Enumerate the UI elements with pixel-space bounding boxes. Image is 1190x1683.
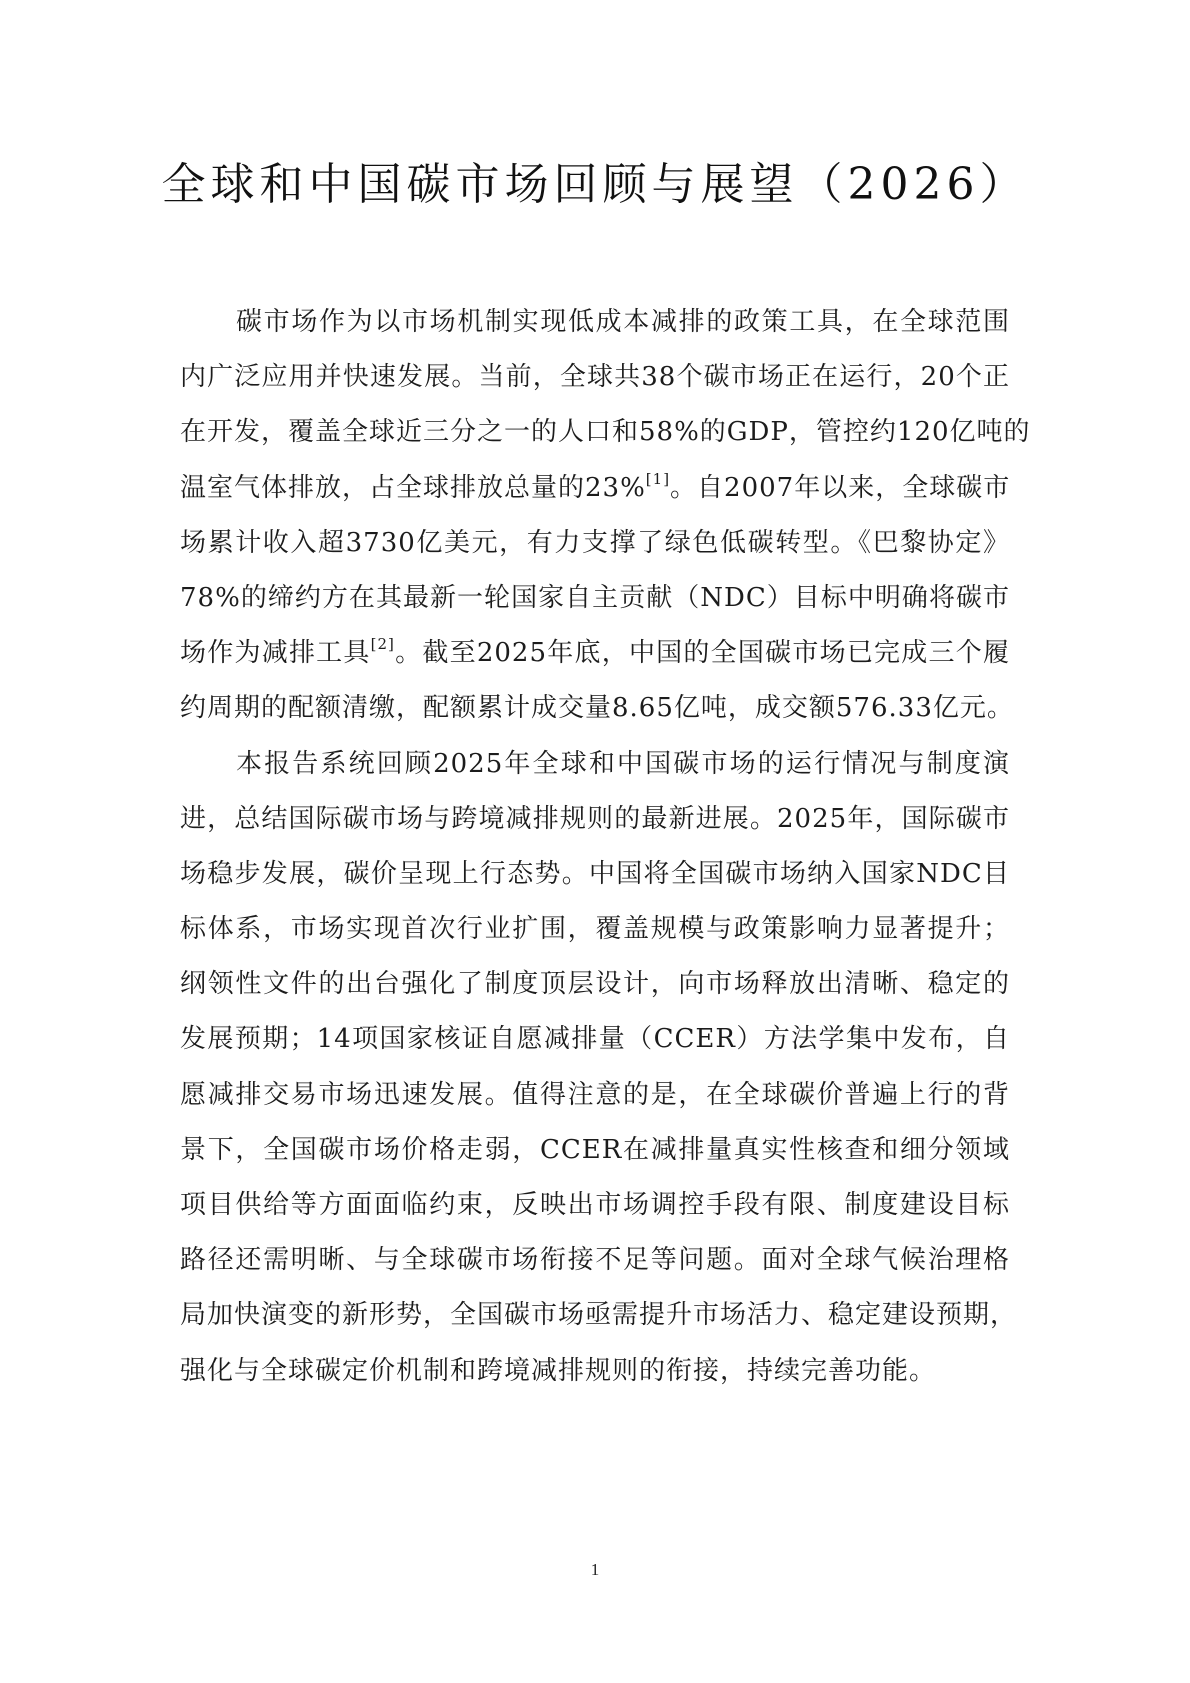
line-text: 景下，全国碳市场价格走弱，CCER在减排量真实性核查和细分领域 bbox=[180, 1135, 1010, 1165]
document-body: 碳市场作为以市场机制实现低成本减排的政策工具，在全球范围 内广泛应用并快速发展。… bbox=[180, 295, 1010, 1399]
text-line: 强化与全球碳定价机制和跨境减排规则的衔接，持续完善功能。 bbox=[180, 1344, 1010, 1399]
text-line: 本报告系统回顾2025年全球和中国碳市场的运行情况与制度演 bbox=[180, 737, 1010, 792]
line-text: 本报告系统回顾2025年全球和中国碳市场的运行情况与制度演 bbox=[236, 749, 1010, 779]
line-text: 强化与全球碳定价机制和跨境减排规则的衔接，持续完善功能。 bbox=[180, 1356, 936, 1386]
line-text: 在开发，覆盖全球近三分之一的人口和58%的GDP，管控约120亿吨的 bbox=[180, 417, 1031, 447]
text-line: 景下，全国碳市场价格走弱，CCER在减排量真实性核查和细分领域 bbox=[180, 1123, 1010, 1178]
line-text: 纲领性文件的出台强化了制度顶层设计，向市场释放出清晰、稳定的 bbox=[180, 969, 1010, 999]
text-line: 局加快演变的新形势，全国碳市场亟需提升市场活力、稳定建设预期， bbox=[180, 1288, 1010, 1343]
text-line: 78%的缔约方在其最新一轮国家自主贡献（NDC）目标中明确将碳市 bbox=[180, 571, 1010, 626]
page-number: 1 bbox=[0, 1558, 1190, 1582]
text-line: 碳市场作为以市场机制实现低成本减排的政策工具，在全球范围 bbox=[180, 295, 1010, 350]
line-text: 标体系，市场实现首次行业扩围，覆盖规模与政策影响力显著提升； bbox=[180, 914, 1010, 944]
line-text: 碳市场作为以市场机制实现低成本减排的政策工具，在全球范围 bbox=[236, 307, 1010, 337]
line-text: 发展预期；14项国家核证自愿减排量（CCER）方法学集中发布，自 bbox=[180, 1024, 1010, 1054]
text-line: 场稳步发展，碳价呈现上行态势。中国将全国碳市场纳入国家NDC目 bbox=[180, 847, 1010, 902]
line-text: 场稳步发展，碳价呈现上行态势。中国将全国碳市场纳入国家NDC目 bbox=[180, 859, 1010, 889]
paragraph-2: 本报告系统回顾2025年全球和中国碳市场的运行情况与制度演 进，总结国际碳市场与… bbox=[180, 737, 1010, 1399]
text-line: 进，总结国际碳市场与跨境减排规则的最新进展。2025年，国际碳市 bbox=[180, 792, 1010, 847]
line-text: 。自2007年以来，全球碳市 bbox=[670, 473, 1010, 503]
line-text: 场累计收入超3730亿美元，有力支撑了绿色低碳转型。《巴黎协定》 bbox=[180, 528, 1010, 558]
text-line: 内广泛应用并快速发展。当前，全球共38个碳市场正在运行，20个正 bbox=[180, 350, 1010, 405]
text-line: 发展预期；14项国家核证自愿减排量（CCER）方法学集中发布，自 bbox=[180, 1012, 1010, 1067]
line-text: 约周期的配额清缴，配额累计成交量8.65亿吨，成交额576.33亿元。 bbox=[180, 693, 1014, 723]
line-text: 项目供给等方面面临约束，反映出市场调控手段有限、制度建设目标 bbox=[180, 1190, 1010, 1220]
text-line: 愿减排交易市场迅速发展。值得注意的是，在全球碳价普遍上行的背 bbox=[180, 1068, 1010, 1123]
line-text: 场作为减排工具 bbox=[180, 638, 371, 668]
document-title: 全球和中国碳市场回顾与展望（2026） bbox=[0, 150, 1190, 220]
line-text: 78%的缔约方在其最新一轮国家自主贡献（NDC）目标中明确将碳市 bbox=[180, 583, 1010, 613]
text-line: 项目供给等方面面临约束，反映出市场调控手段有限、制度建设目标 bbox=[180, 1178, 1010, 1233]
text-line: 场累计收入超3730亿美元，有力支撑了绿色低碳转型。《巴黎协定》 bbox=[180, 516, 1010, 571]
line-text: 温室气体排放，占全球排放总量的23% bbox=[180, 473, 646, 503]
text-line: 纲领性文件的出台强化了制度顶层设计，向市场释放出清晰、稳定的 bbox=[180, 957, 1010, 1012]
line-text: 愿减排交易市场迅速发展。值得注意的是，在全球碳价普遍上行的背 bbox=[180, 1080, 1010, 1110]
line-text: 。截至2025年底，中国的全国碳市场已完成三个履 bbox=[395, 638, 1010, 668]
citation-ref-2[interactable]: [2] bbox=[371, 635, 395, 653]
paragraph-1: 碳市场作为以市场机制实现低成本减排的政策工具，在全球范围 内广泛应用并快速发展。… bbox=[180, 295, 1010, 737]
text-line: 温室气体排放，占全球排放总量的23%[1]。自2007年以来，全球碳市 bbox=[180, 461, 1010, 516]
text-line: 标体系，市场实现首次行业扩围，覆盖规模与政策影响力显著提升； bbox=[180, 902, 1010, 957]
line-text: 局加快演变的新形势，全国碳市场亟需提升市场活力、稳定建设预期， bbox=[180, 1300, 1017, 1330]
document-page: 全球和中国碳市场回顾与展望（2026） 碳市场作为以市场机制实现低成本减排的政策… bbox=[0, 0, 1190, 1683]
line-text: 路径还需明晰、与全球碳市场衔接不足等问题。面对全球气候治理格 bbox=[180, 1245, 1010, 1275]
text-line: 约周期的配额清缴，配额累计成交量8.65亿吨，成交额576.33亿元。 bbox=[180, 681, 1010, 736]
line-text: 内广泛应用并快速发展。当前，全球共38个碳市场正在运行，20个正 bbox=[180, 362, 1010, 392]
citation-ref-1[interactable]: [1] bbox=[646, 470, 670, 488]
text-line: 在开发，覆盖全球近三分之一的人口和58%的GDP，管控约120亿吨的 bbox=[180, 405, 1010, 460]
text-line: 场作为减排工具[2]。截至2025年底，中国的全国碳市场已完成三个履 bbox=[180, 626, 1010, 681]
text-line: 路径还需明晰、与全球碳市场衔接不足等问题。面对全球气候治理格 bbox=[180, 1233, 1010, 1288]
line-text: 进，总结国际碳市场与跨境减排规则的最新进展。2025年，国际碳市 bbox=[180, 804, 1010, 834]
